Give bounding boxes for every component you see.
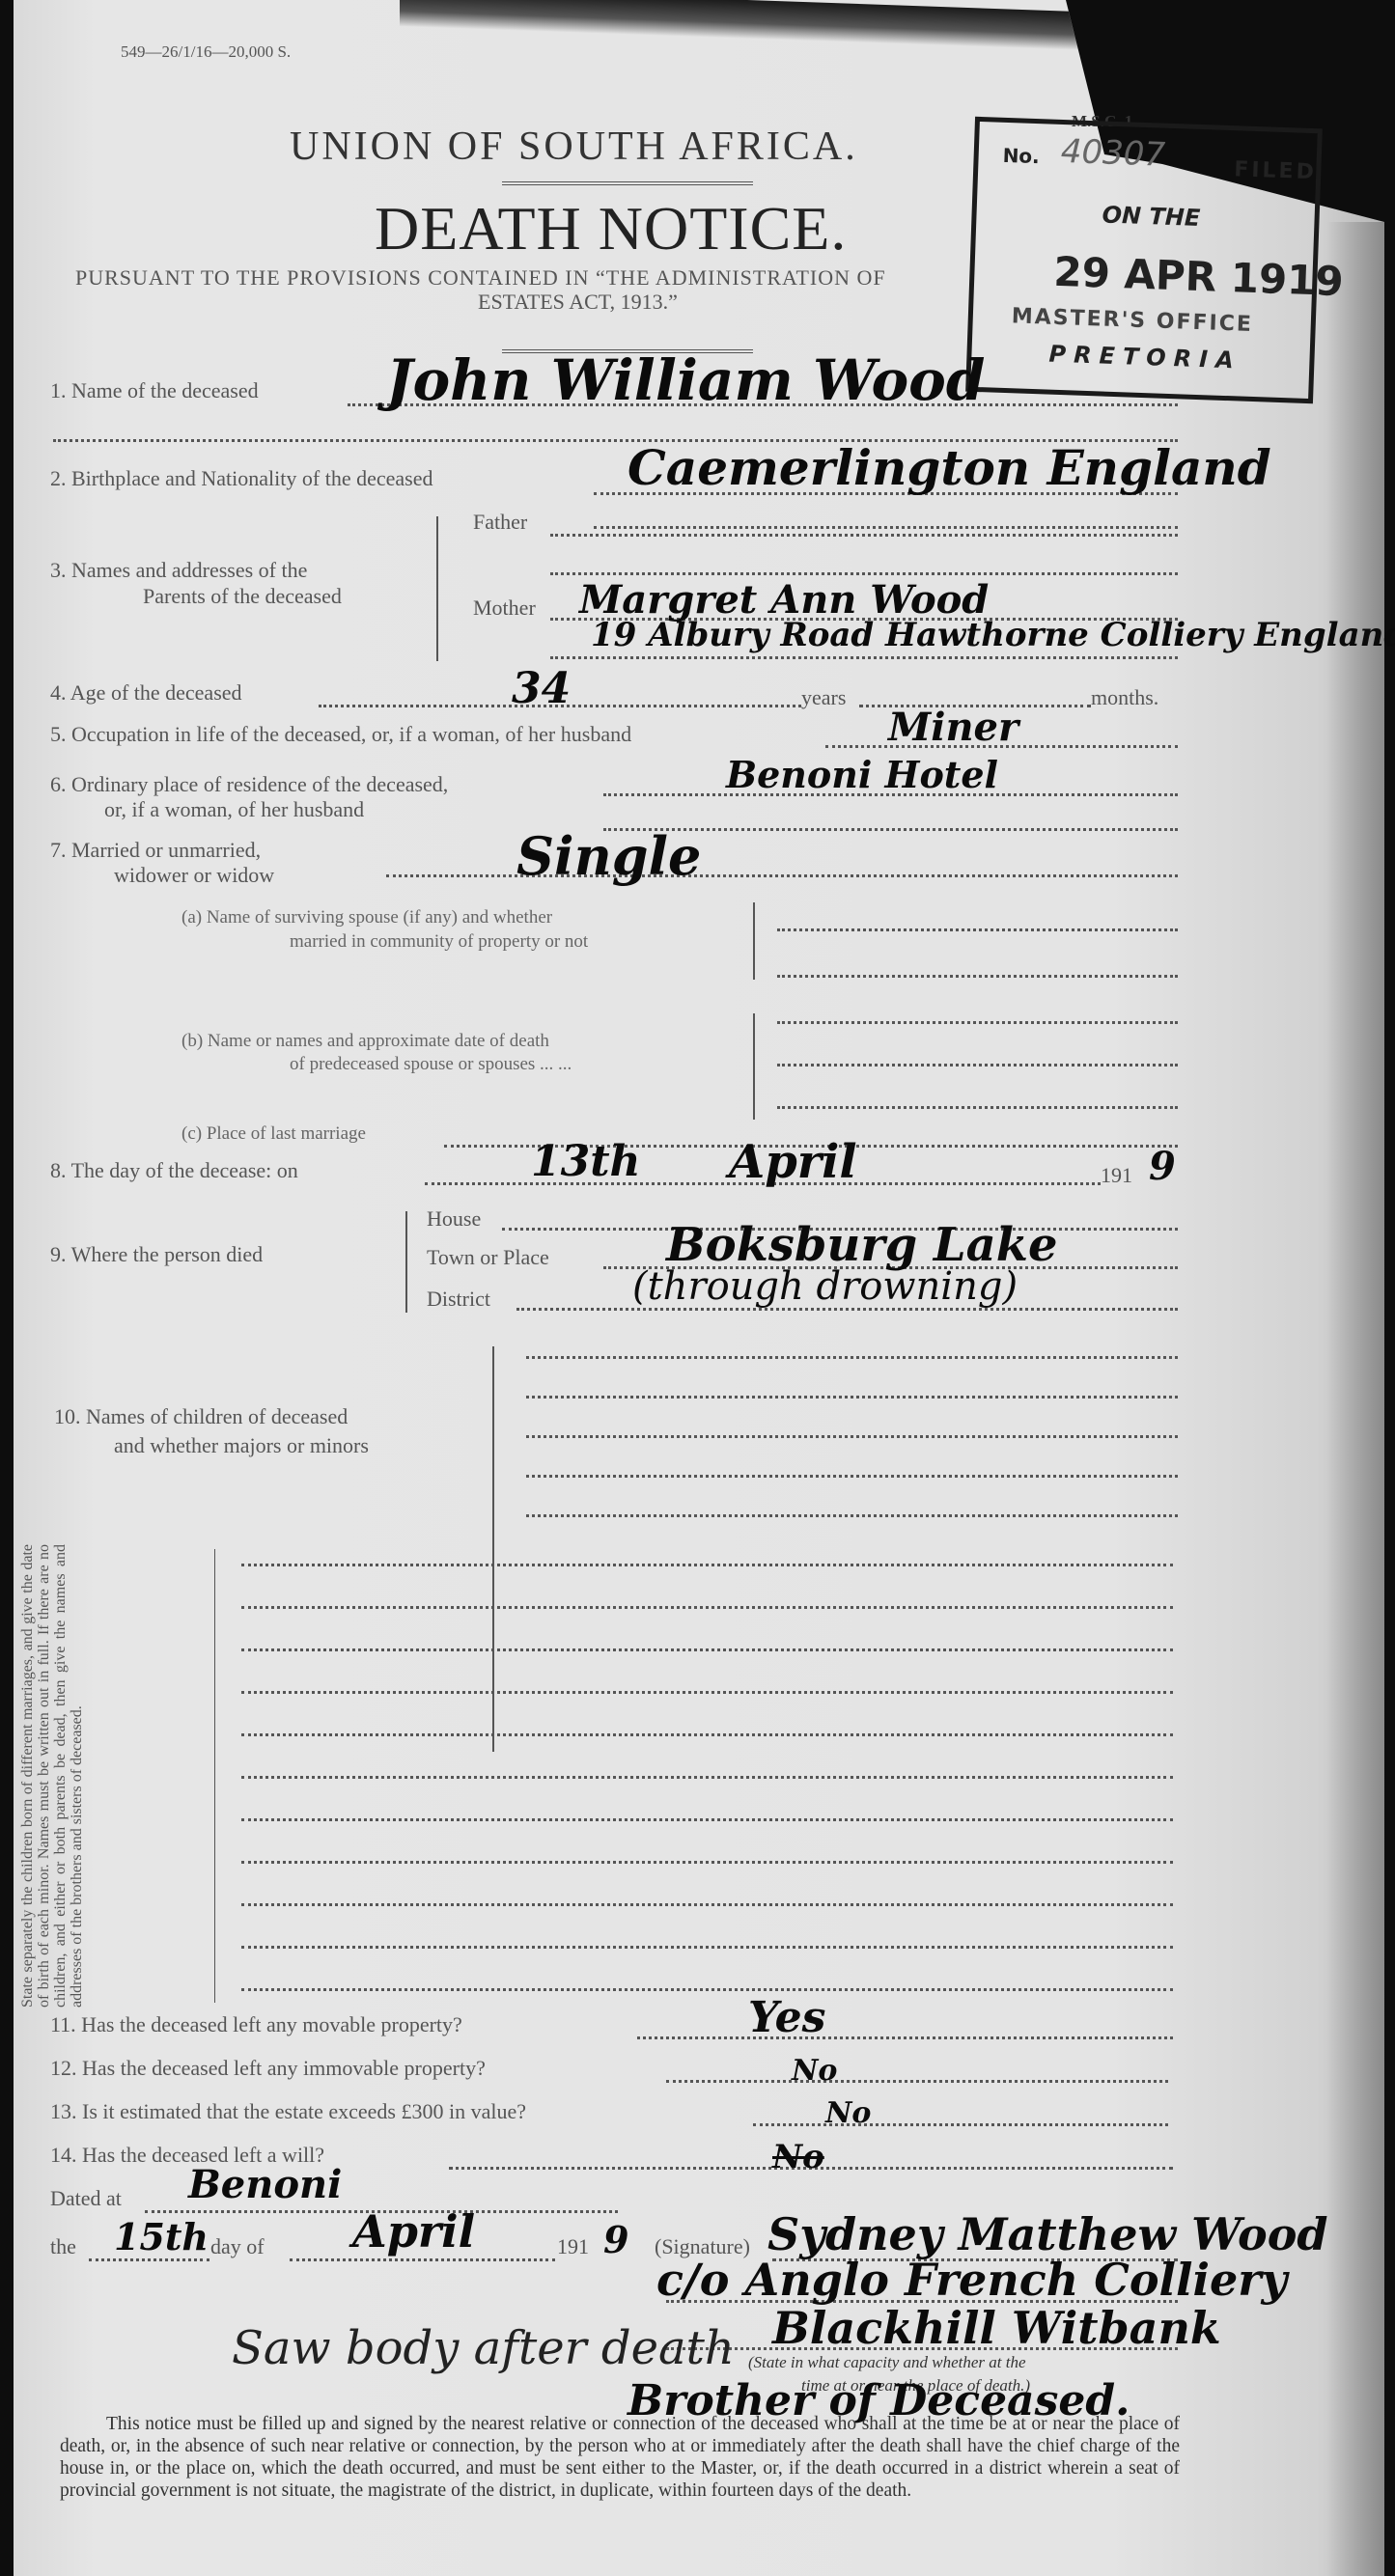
stamp-on-the: ON THE xyxy=(1102,201,1201,232)
q4-label: 4. Age of the deceased xyxy=(50,680,242,706)
stamp-office: MASTER'S OFFICE xyxy=(1011,304,1253,337)
q12-line xyxy=(666,2080,1168,2083)
immovable-property-value: No xyxy=(792,2054,837,2088)
dated-at-value: Benoni xyxy=(188,2162,342,2207)
stamp-number: 40307 xyxy=(1060,132,1166,175)
q11-label: 11. Has the deceased left any movable pr… xyxy=(50,2012,462,2037)
q7-label-line1: 7. Married or unmarried, xyxy=(50,838,261,863)
q7a-label-line2: married in community of property or not xyxy=(290,931,588,953)
q6-label-line1: 6. Ordinary place of residence of the de… xyxy=(50,772,448,797)
q2-line-2 xyxy=(594,526,1178,529)
q3-brace xyxy=(436,516,438,661)
q10-label-line2: and whether majors or minors xyxy=(114,1433,369,1458)
page-edge-shadow xyxy=(1326,222,1384,2576)
month-line xyxy=(290,2258,555,2261)
q10-label-line1: 10. Names of children of deceased xyxy=(54,1404,348,1429)
dated-at-label: Dated at xyxy=(50,2186,122,2211)
blank-entry-line xyxy=(241,1606,1173,1609)
q8-label: 8. The day of the decease: on xyxy=(50,1158,298,1183)
q7a-line-2 xyxy=(777,975,1178,978)
blank-entry-line xyxy=(241,1861,1173,1864)
q2-label: 2. Birthplace and Nationality of the dec… xyxy=(50,466,432,491)
q7a-line-1 xyxy=(777,928,1178,931)
years-label: years xyxy=(801,685,846,710)
mother-line-2 xyxy=(550,656,1178,659)
q6-label-line2: or, if a woman, of her husband xyxy=(104,797,364,822)
q7-label-line2: widower or widow xyxy=(114,863,274,888)
mother-address: 19 Albury Road Hawthorne Colliery Englan… xyxy=(591,616,1395,654)
capacity-note-line1: (State in what capacity and whether at t… xyxy=(748,2353,1026,2372)
blank-entry-line xyxy=(526,1475,1178,1478)
decease-day: 13th xyxy=(531,1137,641,1186)
will-value: No xyxy=(772,2138,824,2176)
footer-instructions: This notice must be filled up and signed… xyxy=(60,2413,1180,2502)
blank-entry-line xyxy=(526,1396,1178,1399)
stamp-date: 29 APR 1919 xyxy=(1053,248,1345,305)
mother-label: Mother xyxy=(473,596,536,621)
q7b-line-1 xyxy=(777,1021,1178,1024)
blank-entry-line xyxy=(241,1903,1173,1906)
signing-day-value: 15th xyxy=(114,2215,209,2258)
q7b-line-3 xyxy=(777,1106,1178,1109)
blank-entry-line xyxy=(241,1776,1173,1779)
decease-month: April xyxy=(729,1135,857,1189)
father-line-2 xyxy=(550,572,1178,575)
blank-entry-line xyxy=(526,1356,1178,1359)
decease-year-prefix: 191 xyxy=(1101,1163,1132,1188)
q13-line xyxy=(753,2123,1168,2126)
blank-entry-line xyxy=(526,1435,1178,1438)
blank-entry-line xyxy=(241,1648,1173,1651)
marital-status-value: Single xyxy=(516,825,701,887)
signatory-address-2: Blackhill Witbank xyxy=(772,2302,1221,2354)
q7b-brace xyxy=(753,1013,755,1120)
pursuant-line-1: PURSUANT TO THE PROVISIONS CONTAINED IN … xyxy=(75,265,886,291)
blank-entry-line xyxy=(241,1564,1173,1566)
margin-note: Saw body after death xyxy=(232,2321,735,2375)
district-label: District xyxy=(427,1287,490,1312)
stamp-filed: FILED xyxy=(1234,157,1317,184)
blank-entry-line xyxy=(241,1946,1173,1949)
house-label: House xyxy=(427,1206,481,1232)
movable-property-value: Yes xyxy=(748,1993,825,2042)
signatory-address-1: c/o Anglo French Colliery xyxy=(656,2254,1287,2306)
q13-label: 13. Is it estimated that the estate exce… xyxy=(50,2099,526,2124)
father-label: Father xyxy=(473,510,527,535)
stamp-no-label: No. xyxy=(1002,144,1040,168)
district-value: (through drowning) xyxy=(632,1264,1018,1309)
blank-entry-line xyxy=(241,1691,1173,1694)
day-of-label: day of xyxy=(210,2234,265,2259)
residence-value: Benoni Hotel xyxy=(726,753,998,796)
q5-label: 5. Occupation in life of the deceased, o… xyxy=(50,722,631,747)
q3-label-line1: 3. Names and addresses of the xyxy=(50,558,307,583)
side-note-brace xyxy=(214,1549,215,2003)
q7b-label-line2: of predeceased spouse or spouses ... ... xyxy=(290,1054,572,1075)
q11-line xyxy=(637,2036,1173,2039)
blank-entry-line xyxy=(241,1988,1173,1991)
q3-label-line2: Parents of the deceased xyxy=(143,584,342,609)
form-code: 549—26/1/16—20,000 S. xyxy=(121,42,291,62)
q7b-label-line1: (b) Name or names and approximate date o… xyxy=(181,1031,549,1052)
page-fold-shadow xyxy=(400,0,1095,51)
pursuant-line-2: ESTATES ACT, 1913.” xyxy=(478,290,678,315)
heading-rule xyxy=(502,181,753,185)
father-line xyxy=(550,534,1178,537)
q7-line xyxy=(386,874,1178,877)
children-side-note: State separately the children born of di… xyxy=(19,1544,85,2008)
blank-entry-line xyxy=(241,1733,1173,1736)
q9-label: 9. Where the person died xyxy=(50,1242,263,1267)
estate-exceeds-value: No xyxy=(825,2096,871,2130)
stamp-city: PRETORIA xyxy=(1048,341,1242,374)
the-label: the xyxy=(50,2234,76,2259)
q7a-brace xyxy=(753,902,755,980)
q12-label: 12. Has the deceased left any immovable … xyxy=(50,2056,486,2081)
country-heading: UNION OF SOUTH AFRICA. xyxy=(290,124,858,170)
occupation-value: Miner xyxy=(888,705,1018,750)
signing-month-value: April xyxy=(352,2205,475,2257)
months-label: months. xyxy=(1091,685,1158,710)
town-label: Town or Place xyxy=(427,1245,549,1270)
signing-year-suffix: 9 xyxy=(603,2218,628,2261)
document-title: DEATH NOTICE. xyxy=(375,193,847,264)
q7b-line-2 xyxy=(777,1064,1178,1066)
q9-brace xyxy=(405,1211,407,1313)
decease-year-suffix: 9 xyxy=(1149,1144,1176,1189)
signature-value: Sydney Matthew Wood xyxy=(767,2208,1328,2260)
signing-year-prefix: 191 xyxy=(557,2234,589,2259)
q1-label: 1. Name of the deceased xyxy=(50,378,259,403)
blank-entry-line xyxy=(526,1514,1178,1517)
birthplace-nationality: Caemerlington England xyxy=(628,439,1271,496)
q7a-label-line1: (a) Name of surviving spouse (if any) an… xyxy=(181,907,552,928)
q7c-label: (c) Place of last marriage xyxy=(181,1123,366,1145)
day-line xyxy=(89,2258,209,2261)
age-years-value: 34 xyxy=(512,664,571,713)
deceased-name: John William Wood xyxy=(386,347,985,413)
master-office-filed-stamp: No. 40307 FILED ON THE 29 APR 1919 MASTE… xyxy=(965,117,1323,403)
blank-entry-line xyxy=(241,1818,1173,1821)
